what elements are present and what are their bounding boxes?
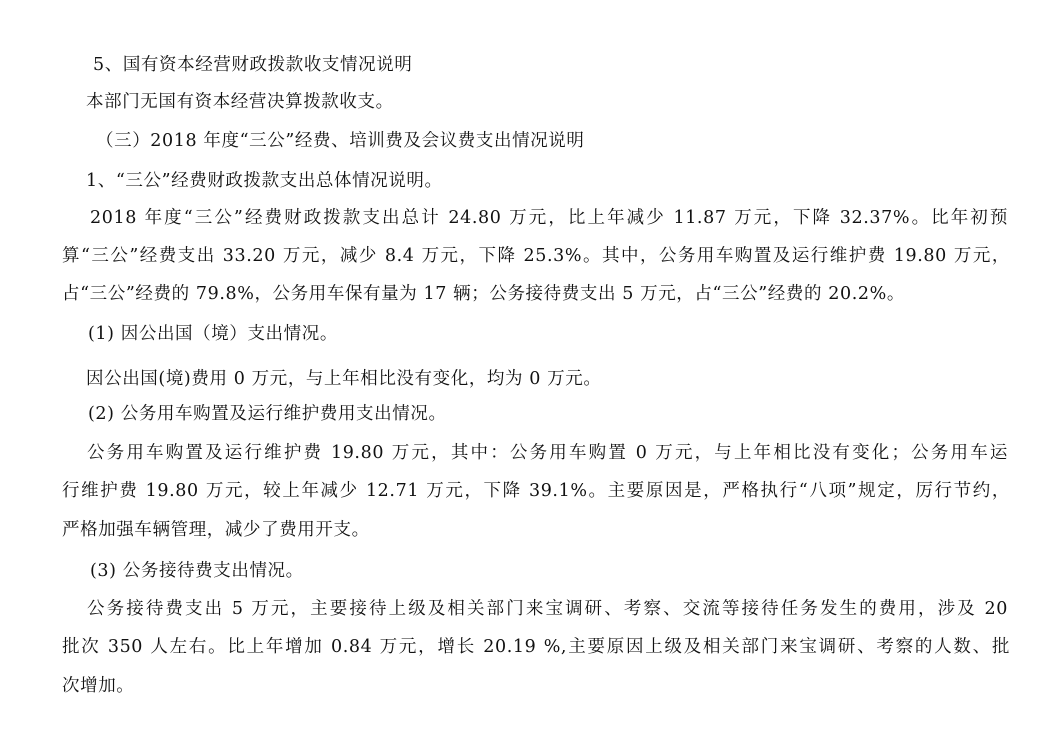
document-page: 5、国有资本经营财政拨款收支情况说明 本部门无国有资本经营决算拨款收支。 （三）… [0, 0, 1053, 744]
paragraph-overall-line-2: 算“三公”经费支出 33.20 万元，减少 8.4 万元，下降 25.3%。其中… [62, 245, 1010, 267]
paragraph-reception-line-3: 次增加。 [62, 675, 134, 697]
paragraph-vehicle-line-3: 严格加强车辆管理，减少了费用开支。 [62, 519, 370, 541]
paragraph-abroad: 因公出国(境)费用 0 万元，与上年相比没有变化，均为 0 万元。 [86, 368, 601, 390]
paragraph-reception-line-2: 批次 350 人左右。比上年增加 0.84 万元，增长 20.19 %,主要原因… [62, 636, 1010, 658]
paragraph-overall-line-1: 2018 年度“三公”经费财政拨款支出总计 24.80 万元，比上年减少 11.… [90, 207, 1008, 229]
paragraph-state-capital: 本部门无国有资本经营决算拨款收支。 [86, 91, 394, 113]
section-heading-three-public-expenses: （三）2018 年度“三公”经费、培训费及会议费支出情况说明 [96, 130, 585, 152]
subsection-heading-overall: 1、“三公”经费财政拨款支出总体情况说明。 [86, 170, 443, 192]
paragraph-reception-line-1: 公务接待费支出 5 万元，主要接待上级及相关部门来宝调研、考察、交流等接待任务发… [87, 598, 1008, 620]
section-heading-state-capital: 5、国有资本经营财政拨款收支情况说明 [93, 54, 412, 76]
paragraph-overall-line-3: 占“三公”经费的 79.8%，公务用车保有量为 17 辆；公务接待费支出 5 万… [62, 283, 905, 305]
subsection-heading-reception: (3) 公务接待费支出情况。 [90, 560, 304, 582]
subsection-heading-abroad: (1) 因公出国（境）支出情况。 [88, 323, 338, 345]
paragraph-vehicle-line-1: 公务用车购置及运行维护费 19.80 万元，其中：公务用车购置 0 万元，与上年… [87, 442, 1008, 464]
subsection-heading-vehicle: (2) 公务用车购置及运行维护费用支出情况。 [88, 403, 447, 425]
paragraph-vehicle-line-2: 行维护费 19.80 万元，较上年减少 12.71 万元，下降 39.1%。主要… [62, 480, 1010, 502]
